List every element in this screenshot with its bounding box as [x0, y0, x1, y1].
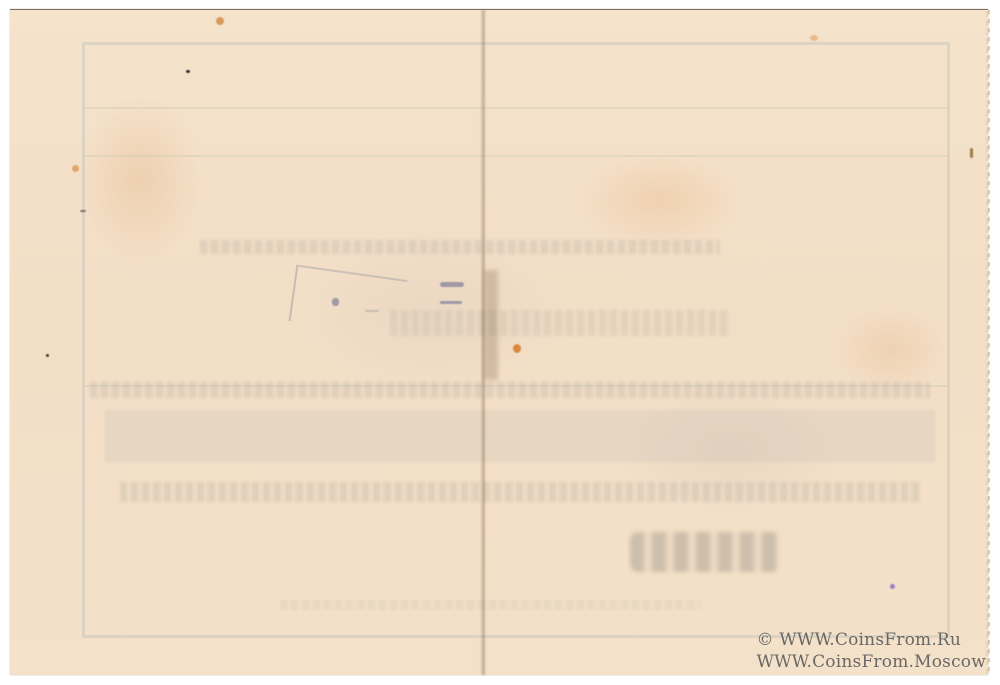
stamp-mark — [440, 282, 464, 287]
watermark-line-2: WWW.CoinsFrom.Moscow — [756, 651, 986, 673]
bleed-text-block — [105, 410, 935, 462]
stain-spot — [216, 17, 224, 25]
dirt-spot — [80, 210, 86, 212]
stain-spot — [810, 35, 818, 41]
stamp-mark — [365, 310, 379, 312]
frame-rule — [85, 155, 947, 157]
stamp-mark — [332, 298, 339, 306]
dirt-spot — [46, 354, 49, 357]
printed-frame-bleed — [82, 42, 950, 638]
watermark-line-1: © WWW.CoinsFrom.Ru — [756, 629, 986, 651]
dirt-spot — [970, 148, 973, 158]
stain-spot — [72, 165, 79, 172]
stain-spot — [513, 344, 521, 353]
photo-stage: © WWW.CoinsFrom.Ru WWW.CoinsFrom.Moscow — [0, 0, 1000, 685]
serial-number-bleed — [630, 532, 780, 572]
ink-spot — [890, 584, 895, 589]
dirt-spot — [186, 70, 190, 73]
bleed-text-row — [280, 600, 700, 610]
bleed-text-row — [200, 240, 720, 254]
frame-rule — [85, 107, 947, 109]
copyright-watermark: © WWW.CoinsFrom.Ru WWW.CoinsFrom.Moscow — [756, 629, 986, 673]
stamp-mark — [440, 301, 462, 304]
paper-note — [10, 9, 988, 675]
bleed-text-row — [120, 482, 920, 502]
bleed-text-row — [90, 382, 930, 398]
bleed-text-row — [390, 310, 730, 336]
perforated-edge-shadow — [988, 10, 990, 675]
crease-stain — [484, 270, 498, 380]
